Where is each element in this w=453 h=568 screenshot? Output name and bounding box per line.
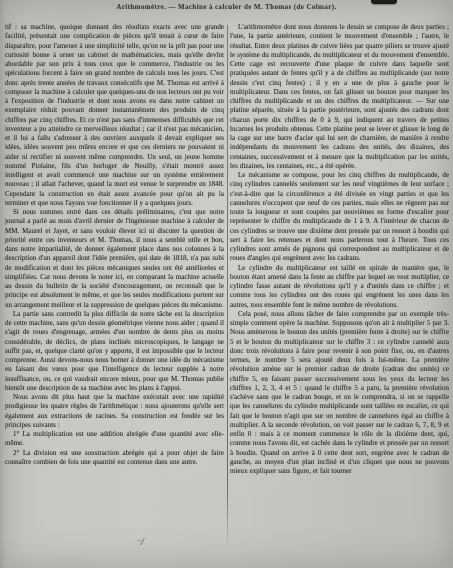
left-column: tif : sa machine, quoique donnant des ré… [5, 23, 224, 535]
paragraph: Le cylindre du multiplicateur est taillé… [230, 264, 449, 310]
paragraph: 1° La multiplication est une addition ab… [5, 430, 224, 449]
two-column-text-body: tif : sa machine, quoique donnant des ré… [5, 23, 449, 568]
column-divider-rule [227, 25, 228, 544]
paragraph: Le mécanisme se compose, pour les cinq c… [230, 171, 449, 264]
paragraph: 2° La division est une soustraction abré… [5, 449, 224, 468]
paragraph: L'arithmomètre dont nous donnons le dess… [230, 23, 449, 171]
scanned-document-page: Arithmomètre. — Machine à calculer de M.… [0, 0, 453, 568]
page-header-title: Arithmomètre. — Machine à calculer de M.… [0, 3, 453, 11]
right-column: L'arithmomètre dont nous donnons le dess… [230, 23, 449, 551]
paragraph: tif : sa machine, quoique donnant des ré… [5, 23, 224, 208]
paragraph: Cela posé, nous allons tâcher de faire c… [230, 310, 449, 477]
paragraph: Si nous sommes entré dans ces détails pr… [5, 208, 224, 310]
paragraph: Nous avons dit plus haut que la machine … [5, 393, 224, 430]
paragraph: La partie sans contredit la plus diffici… [5, 310, 224, 393]
